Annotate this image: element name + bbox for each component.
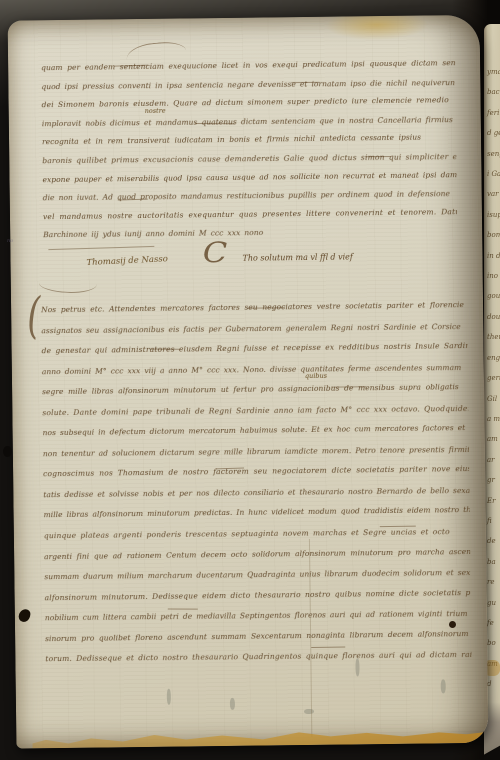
text-line: solute. Dante domini pape tribunali de R… — [42, 399, 468, 424]
flourish-initial-bracket: ( — [27, 287, 41, 345]
text-line: anno domini M° ccc xxx viij a anno M° cc… — [42, 358, 468, 383]
text-line: tatis dedisse et solvisse nobis et per n… — [43, 481, 469, 506]
flourish-initial-c: C — [203, 236, 228, 269]
stain-top-edge — [325, 15, 427, 41]
ink-blot — [449, 621, 456, 628]
dating-line: Barchinone iij ydus iunij anno domini M … — [43, 222, 457, 245]
offset-ink-mark — [230, 698, 235, 710]
ink-blot — [3, 446, 12, 457]
manuscript-page: quam per eandem sentenciam exequucione l… — [8, 15, 489, 749]
flourish-underline — [48, 246, 154, 250]
stain-bottom-edge — [32, 721, 484, 749]
text-block-upper: quam per eandem sentenciam exequucione l… — [41, 54, 457, 245]
margin-note: no — [7, 238, 13, 244]
text-block-lower: Nos petrus etc. Attendentes mercatores f… — [41, 295, 471, 670]
interline-word: nostre — [145, 107, 166, 115]
facing-page-text-fragments: ymaio bacth fering d gene senger i Gab v… — [487, 62, 500, 695]
text-line: assignatos seu assignacionibus eis facti… — [41, 316, 467, 341]
offset-ink-mark — [167, 689, 171, 705]
flourish-tail — [39, 281, 97, 294]
abbreviation-stroke — [168, 608, 198, 609]
text-line: non tenentur ad solucionem dictarum segr… — [43, 440, 469, 465]
offset-ink-mark — [304, 709, 314, 714]
abbreviation-stroke — [195, 123, 235, 124]
text-line: torum. Dedisseque et dicto nostro thesau… — [45, 645, 471, 670]
abbreviation-stroke — [150, 349, 180, 350]
offset-ink-mark — [355, 658, 359, 676]
interline-word: quibus — [305, 372, 327, 380]
text-line: quod ipsi pressius conventi in ipsa sent… — [41, 74, 455, 97]
offset-ink-mark — [441, 679, 446, 693]
chancery-note-payment: Tho solutum ma vl ffl d vief — [242, 252, 352, 262]
photograph-background: ymaio bacth fering d gene senger i Gab v… — [0, 0, 500, 760]
chancery-note-name: Thomasij de Nasso — [86, 254, 168, 268]
text-line: imploravit nobis dicimus et mandamus qua… — [42, 111, 456, 134]
